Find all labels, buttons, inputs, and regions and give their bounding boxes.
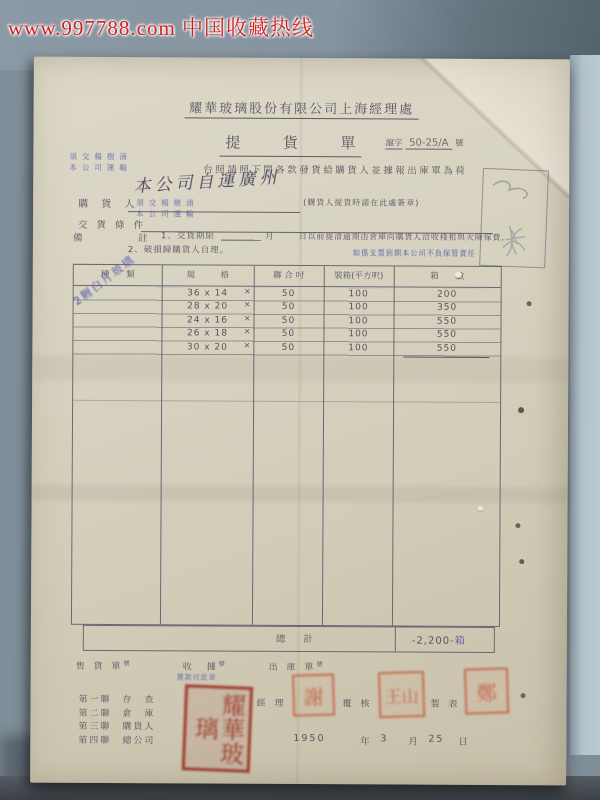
total-row: 總計 -2,200-箱 bbox=[83, 625, 495, 653]
manager-seal: 謝 bbox=[292, 673, 335, 716]
col-header-pack: 裝箱(平方呎) bbox=[324, 266, 394, 286]
paper-spot bbox=[527, 301, 532, 306]
goods-table: 種 類 規 格 聯 合 吋 裝箱(平方呎) 箱 數 36 x 14× 50 10… bbox=[71, 264, 502, 627]
reference-number: 滬字 50-25/A 號 bbox=[385, 136, 463, 148]
prepared-seal: 鄭 bbox=[464, 667, 509, 714]
copy-4: 第四聯 總公司 bbox=[78, 734, 155, 748]
sign-here-note: (購貨人提貨時請在此處簽章) bbox=[303, 197, 419, 209]
prepared-label: 製 表 bbox=[430, 697, 460, 710]
sum-underline bbox=[403, 357, 489, 358]
paper-bump bbox=[455, 272, 462, 278]
date-day-label: 日 bbox=[458, 734, 470, 748]
watermark-text: www.997788.com 中国收藏热线 bbox=[8, 12, 314, 42]
buyer-label: 購 貨 人 bbox=[78, 195, 139, 210]
copy-2: 第二聯 倉 庫 bbox=[78, 707, 155, 721]
manager-label: 經 理 bbox=[256, 696, 286, 709]
blue-consign-stamp: 須交楊樹浦 本公司運輸 bbox=[69, 151, 132, 173]
pencil-box-doodle bbox=[479, 168, 549, 269]
reference-number-value: 50-25/A bbox=[405, 138, 452, 150]
photo-of-document: { "watermark": { "text": "www.997788.com… bbox=[0, 0, 600, 800]
scribble-doodle bbox=[480, 169, 548, 267]
remarks-label-1: 備 bbox=[73, 230, 84, 244]
paper-spot bbox=[518, 407, 524, 413]
outbound-slip-label: 出 庫 單號 bbox=[269, 659, 323, 673]
col-header-spec: 規 格 bbox=[162, 265, 254, 285]
table-row: 30 x 20× 50 100 550 bbox=[73, 340, 500, 356]
paper-spot bbox=[519, 559, 524, 564]
remark-1-post: 日以前提清逾期由倉庫向購貨人洽收棧租與火險保費， bbox=[299, 231, 510, 243]
paper-spot bbox=[515, 523, 520, 528]
delivery-terms-label: 交 貨 條 件 bbox=[78, 217, 146, 231]
date-year-label: 年 bbox=[360, 733, 372, 747]
review-label: 覆 核 bbox=[342, 696, 372, 709]
receipt-label: 收 據號 bbox=[183, 658, 225, 672]
buyer-handwriting: 本公司自運廣州 bbox=[133, 159, 334, 197]
total-label: 總計 bbox=[276, 631, 331, 645]
col-header-inch: 聯 合 吋 bbox=[254, 266, 324, 286]
remark-1-pre: 1、交貨期限 bbox=[161, 229, 215, 241]
table-faint-line bbox=[73, 400, 500, 403]
remark-1-month: 月 bbox=[265, 230, 275, 242]
remark-blue-note: 如係支票到期本公司不負保管責任 bbox=[353, 248, 476, 259]
col-header-boxes: 箱 數 bbox=[394, 266, 501, 287]
sale-slip-label: 售 貨 單號 bbox=[76, 658, 130, 672]
document-title: 提 貨 單 bbox=[219, 132, 361, 158]
copy-1: 第一聯 存 查 bbox=[78, 694, 155, 708]
company-name: 耀華玻璃股份有限公司上海經理處 bbox=[34, 97, 570, 119]
total-divider bbox=[395, 627, 396, 651]
company-seal: 耀華玻璃 bbox=[182, 684, 253, 773]
paper-spot bbox=[521, 693, 526, 698]
blue-consign-stamp-2: 須交楊樹浦 本公司運輸 bbox=[136, 197, 199, 219]
paper-bump bbox=[478, 506, 484, 511]
total-value: -2,200-箱 bbox=[412, 632, 466, 647]
copy-3: 第三聯 購貨人 bbox=[78, 721, 155, 735]
date-month: 3 bbox=[380, 733, 388, 744]
remark-1-blank bbox=[221, 240, 261, 241]
date-month-label: 月 bbox=[408, 734, 420, 748]
paper-document: 耀華玻璃股份有限公司上海經理處 提 貨 單 滬字 50-25/A 號 須交楊樹浦… bbox=[30, 57, 570, 786]
date-year: 1950 bbox=[293, 733, 325, 744]
footer-blue-note: 貨款付訖章 bbox=[177, 672, 217, 682]
date-day: 25 bbox=[428, 734, 444, 745]
review-seal: 王山 bbox=[378, 671, 425, 718]
table-surface-right-edge bbox=[570, 55, 600, 755]
